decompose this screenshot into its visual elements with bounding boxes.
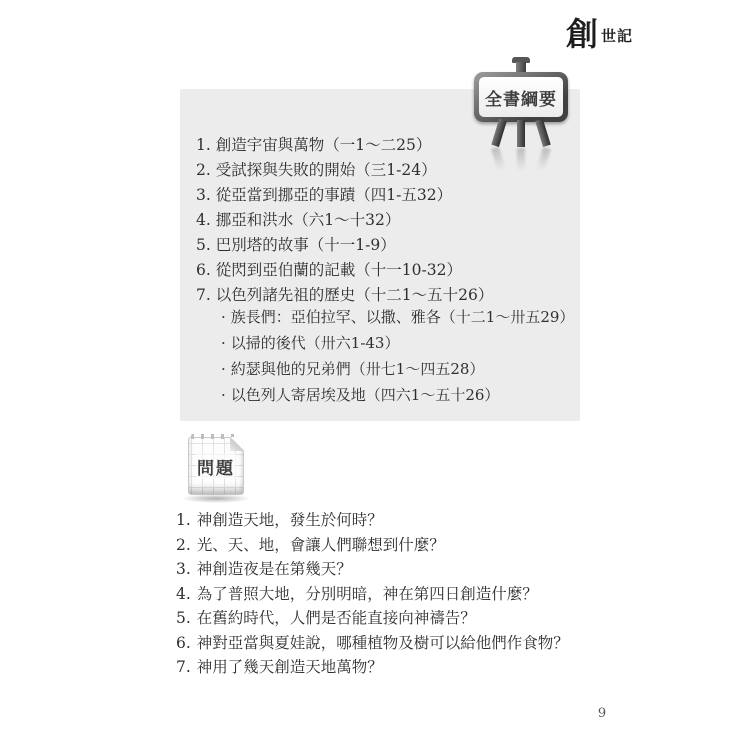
notepad-shadow bbox=[181, 494, 251, 503]
page-number: 9 bbox=[592, 706, 612, 721]
outline-item: 6.從閃到亞伯蘭的記載（十一10-32） bbox=[196, 258, 568, 283]
bullet-icon: · bbox=[221, 386, 226, 404]
questions-badge-label: 問題 bbox=[196, 454, 236, 479]
question-item: 5.在舊約時代，人們是否能直接向神禱告？ bbox=[176, 606, 626, 631]
question-item: 7.神用了幾天創造天地萬物？ bbox=[176, 655, 626, 680]
outline-sub-item: ·以掃的後代（卅六1-43） bbox=[221, 330, 571, 356]
book-title-small: 世記 bbox=[601, 22, 633, 46]
easel-board: 全書綱要 bbox=[474, 72, 568, 122]
bullet-icon: · bbox=[221, 308, 226, 326]
question-item: 4.為了普照大地，分別明暗，神在第四日創造什麼？ bbox=[176, 582, 626, 607]
notepad-icon: 問題 bbox=[188, 437, 244, 503]
notepad-corner-curl bbox=[230, 437, 244, 451]
outline-sub-item: ·族長們：亞伯拉罕、以撒、雅各（十二1～卅五29） bbox=[221, 304, 571, 330]
outline-item: 4.挪亞和洪水（六1～十32） bbox=[196, 208, 568, 233]
outline-badge-label: 全書綱要 bbox=[479, 77, 563, 117]
outline-item: 3.從亞當到挪亞的事蹟（四1-五32） bbox=[196, 183, 568, 208]
outline-sub-item: ·以色列人寄居埃及地（四六1～五十26） bbox=[221, 382, 571, 408]
bullet-icon: · bbox=[221, 334, 226, 352]
bullet-icon: · bbox=[221, 360, 226, 378]
outline-item: 1.創造宇宙與萬物（一1～二25） bbox=[196, 133, 568, 158]
book-title-big: 創 bbox=[566, 18, 598, 50]
outline-item: 5.巴別塔的故事（十一1-9） bbox=[196, 233, 568, 258]
outline-item: 2.受試探與失敗的開始（三1-24） bbox=[196, 158, 568, 183]
question-item: 6.神對亞當與夏娃說，哪種植物及樹可以給他們作食物？ bbox=[176, 631, 626, 656]
book-page: 創 世記 全書綱要 1.創造宇宙與萬物（一1～二25） 2.受試探與失敗的開始（… bbox=[0, 0, 750, 750]
outline-sub-item: ·約瑟與他的兄弟們（卅七1～四五28） bbox=[221, 356, 571, 382]
outline-sub-list: ·族長們：亞伯拉罕、以撒、雅各（十二1～卅五29） ·以掃的後代（卅六1-43）… bbox=[221, 304, 571, 408]
question-item: 1.神創造天地，發生於何時？ bbox=[176, 508, 626, 533]
outline-list: 1.創造宇宙與萬物（一1～二25） 2.受試探與失敗的開始（三1-24） 3.從… bbox=[196, 133, 568, 308]
question-item: 2.光、天、地，會讓人們聯想到什麼？ bbox=[176, 533, 626, 558]
questions-list: 1.神創造天地，發生於何時？ 2.光、天、地，會讓人們聯想到什麼？ 3.神創造夜… bbox=[176, 508, 626, 680]
question-item: 3.神創造夜是在第幾天？ bbox=[176, 557, 626, 582]
book-title: 創 世記 bbox=[566, 18, 633, 50]
